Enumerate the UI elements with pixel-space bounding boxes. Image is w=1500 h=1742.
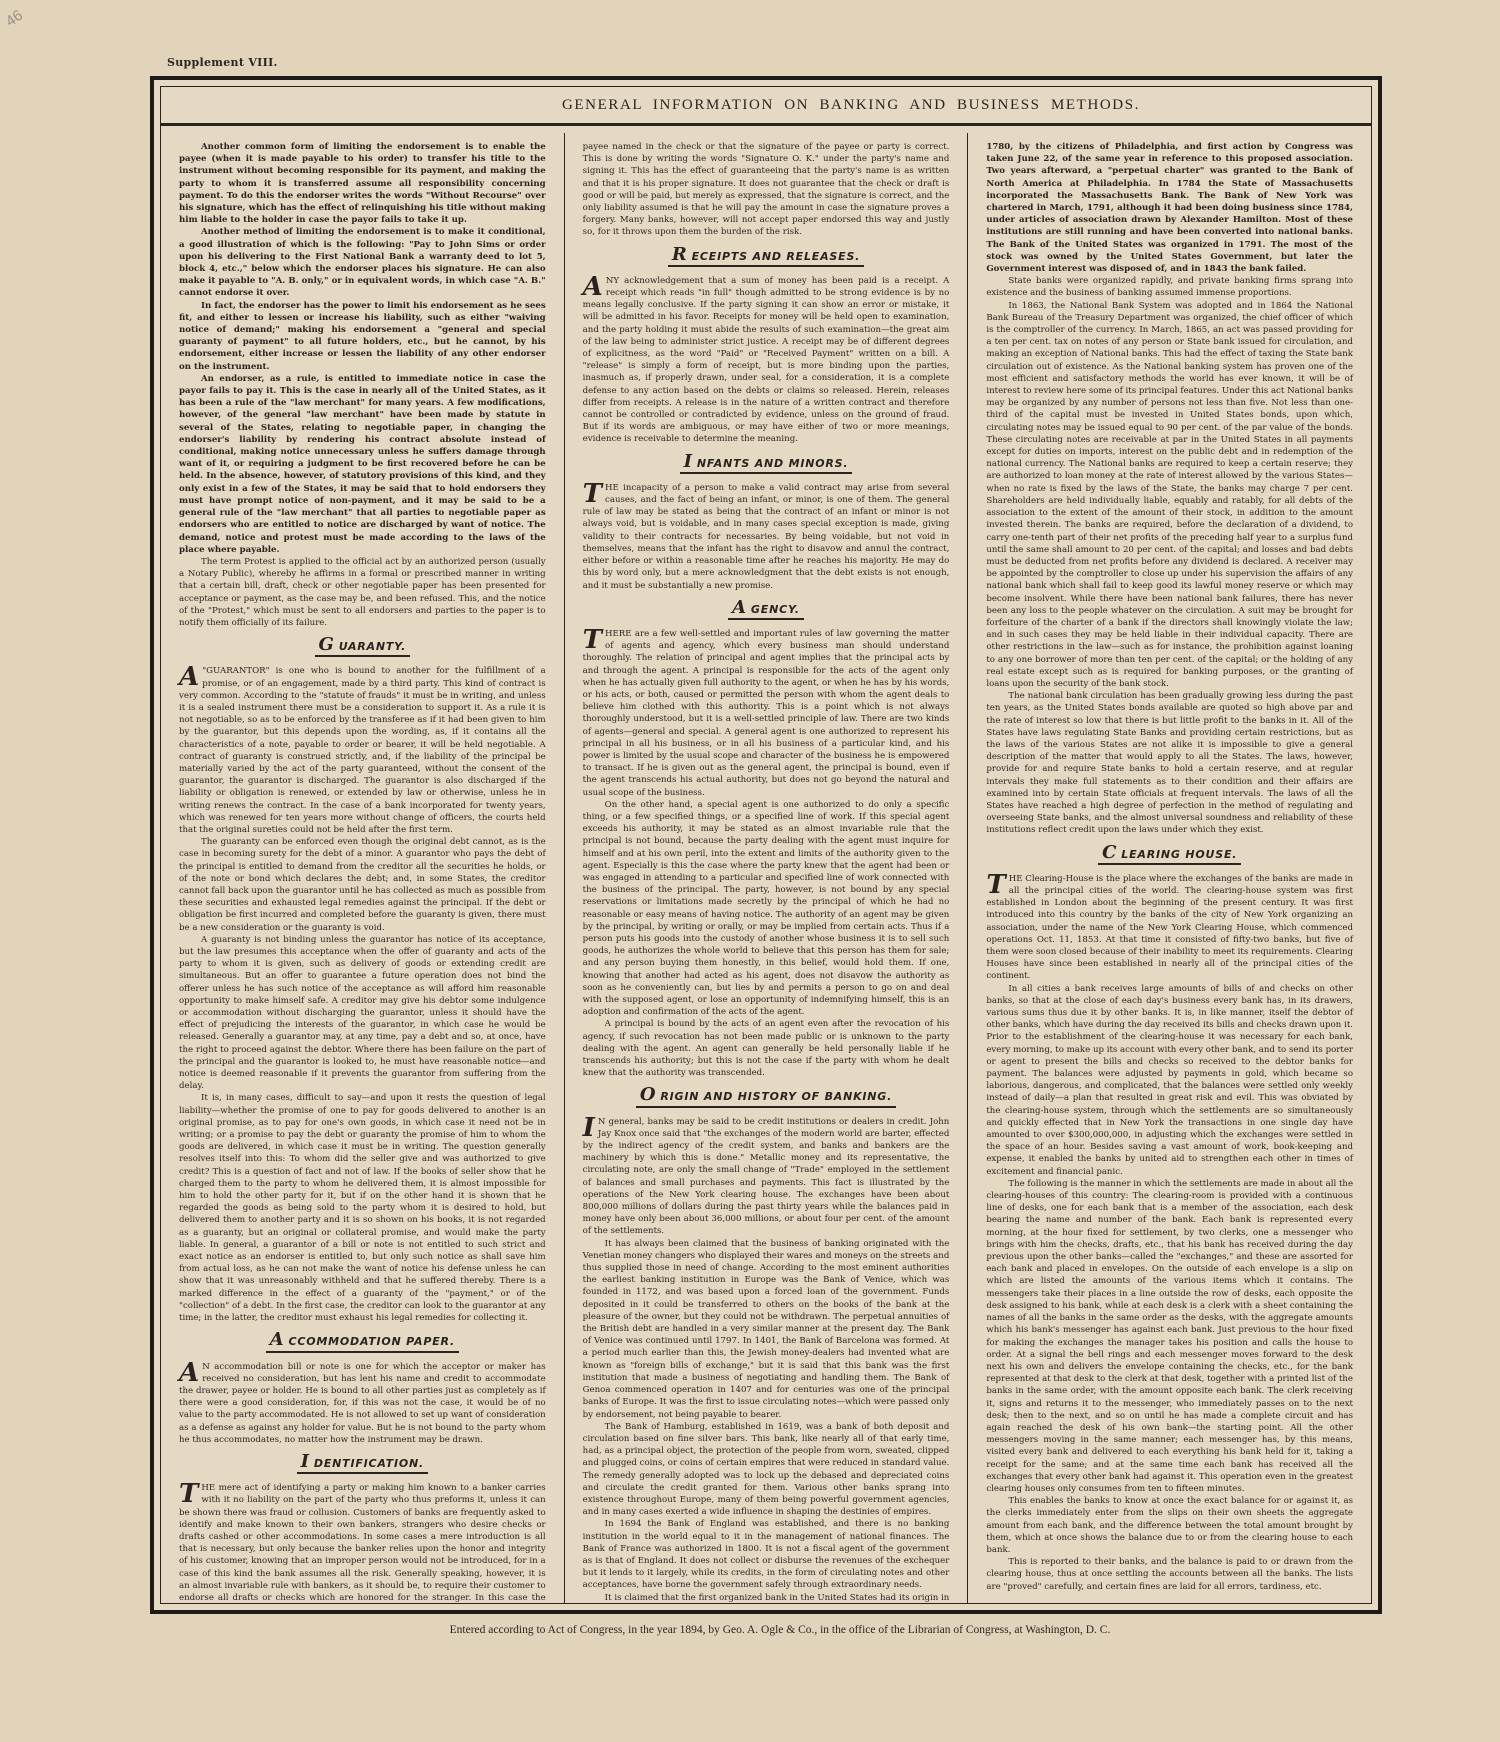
paragraph-text: A guaranty is not binding unless the gua… [179, 935, 546, 1091]
paragraph-text: 1780, by the citizens of Philadelphia, a… [986, 142, 1353, 274]
paragraph: This is reported to their banks, and the… [986, 1556, 1353, 1593]
page-title: GENERAL INFORMATION ON BANKING AND BUSIN… [562, 97, 1140, 114]
paragraph-text: This is reported to their banks, and the… [986, 1557, 1353, 1591]
paragraph-text: It has always been claimed that the busi… [583, 1239, 950, 1420]
paragraph-text: Another common form of limiting the endo… [179, 142, 546, 225]
paragraph: In 1694 the Bank of England was establis… [583, 1518, 950, 1591]
heading-rest: ECEIPTS AND RELEASES. [690, 251, 863, 264]
section-heading: ORIGIN AND HISTORY OF BANKING. [583, 1089, 950, 1107]
drop-cap: A [179, 666, 199, 688]
heading-initial: I [682, 456, 695, 469]
section-heading: INFANTS AND MINORS. [583, 456, 950, 474]
paragraph-text: It is, in many cases, difficult to say—a… [179, 1093, 546, 1323]
paragraph-text: The guaranty can be enforced even though… [179, 837, 546, 932]
heading-initial: R [670, 249, 690, 262]
drop-cap: T [583, 483, 602, 505]
section-heading-text: GUARANTY. [315, 639, 411, 657]
section-heading-text: INFANTS AND MINORS. [680, 456, 853, 474]
paragraph-text: N general, banks may be said to be credi… [583, 1117, 950, 1237]
heading-rest: RIGIN AND HISTORY OF BANKING. [658, 1091, 894, 1104]
drop-cap: I [583, 1117, 595, 1139]
paragraph-text: On the other hand, a special agent is on… [583, 800, 950, 1017]
inner-frame: GENERAL INFORMATION ON BANKING AND BUSIN… [160, 86, 1372, 1604]
paragraph-text: This enables the banks to know at once t… [986, 1496, 1353, 1555]
paragraph: The term Protest is applied to the offic… [179, 556, 546, 629]
title-divider [161, 125, 1371, 126]
section-heading: IDENTIFICATION. [179, 1456, 546, 1474]
heading-rest: UARANTY. [337, 641, 408, 654]
paragraph-text: The term Protest is applied to the offic… [179, 557, 546, 628]
heading-initial: A [730, 602, 749, 615]
heading-initial: G [317, 639, 337, 652]
paragraph: State banks were organized rapidly, and … [986, 275, 1353, 299]
paragraph-text: An endorser, as a rule, is entitled to i… [179, 374, 546, 555]
paragraph: It is claimed that the first organized b… [583, 1592, 950, 1603]
paragraph: In all cities a bank receives large amou… [986, 983, 1353, 1178]
title-bar: GENERAL INFORMATION ON BANKING AND BUSIN… [161, 87, 1371, 125]
paragraph: A principal is bound by the acts of an a… [583, 1018, 950, 1079]
paragraph-text: A principal is bound by the acts of an a… [583, 1019, 950, 1078]
paragraph-text: In fact, the endorser has the power to l… [179, 301, 546, 372]
paragraph-text: The following is the manner in which the… [986, 1179, 1353, 1494]
paragraph: A"GUARANTOR" is one who is bound to anot… [179, 665, 546, 836]
copyright-footer: Entered according to Act of Congress, in… [0, 1624, 1500, 1636]
section-heading-text: RECEIPTS AND RELEASES. [668, 249, 864, 267]
section-heading: RECEIPTS AND RELEASES. [583, 249, 950, 267]
heading-initial: A [268, 1334, 287, 1347]
heading-initial: I [299, 1456, 312, 1469]
paragraph-text: In all cities a bank receives large amou… [986, 984, 1353, 1177]
heading-rest: CCOMMODATION PAPER. [286, 1336, 457, 1349]
section-heading: GUARANTY. [179, 639, 546, 657]
drop-cap: T [179, 1483, 198, 1505]
columns: Another common form of limiting the endo… [161, 133, 1371, 1603]
paragraph: THE mere act of identifying a party or m… [179, 1482, 546, 1603]
heading-rest: DENTIFICATION. [312, 1458, 426, 1471]
heading-rest: LEARING HOUSE. [1119, 849, 1239, 862]
supplement-label: Supplement VIII. [167, 56, 278, 69]
paragraph: The national bank circulation has been g… [986, 690, 1353, 836]
paragraph-text: N accommodation bill or note is one for … [179, 1362, 546, 1445]
drop-cap: A [583, 276, 603, 298]
paragraph: The guaranty can be enforced even though… [179, 836, 546, 934]
section-heading-text: ORIGIN AND HISTORY OF BANKING. [636, 1089, 896, 1107]
paragraph: IN general, banks may be said to be cred… [583, 1116, 950, 1238]
section-heading-text: CLEARING HOUSE. [1098, 847, 1241, 865]
paragraph-text: Another method of limiting the endorseme… [179, 227, 546, 298]
paragraph-text: HE incapacity of a person to make a vali… [583, 483, 950, 591]
paragraph: A guaranty is not binding unless the gua… [179, 934, 546, 1093]
section-heading: AGENCY. [583, 602, 950, 620]
paragraph-text: The national bank circulation has been g… [986, 691, 1353, 835]
paragraph: THERE are a few well-settled and importa… [583, 628, 950, 799]
paragraph: 1780, by the citizens of Philadelphia, a… [986, 141, 1353, 275]
heading-initial: O [638, 1089, 658, 1102]
paragraph: Another method of limiting the endorseme… [179, 226, 546, 299]
paragraph: It is, in many cases, difficult to say—a… [179, 1092, 546, 1324]
paragraph-text: HE Clearing-House is the place where the… [986, 874, 1353, 982]
paragraph: It has always been claimed that the busi… [583, 1238, 950, 1421]
column-1: Another common form of limiting the endo… [161, 133, 564, 1603]
paragraph: The Bank of Hamburg, established in 1619… [583, 1421, 950, 1519]
heading-rest: GENCY. [749, 604, 802, 617]
heading-initial: C [1100, 847, 1119, 860]
section-heading-text: AGENCY. [728, 602, 804, 620]
drop-cap: T [986, 874, 1005, 896]
section-heading: CLEARING HOUSE. [986, 847, 1353, 865]
paragraph: An endorser, as a rule, is entitled to i… [179, 373, 546, 556]
section-heading: ACCOMMODATION PAPER. [179, 1334, 546, 1352]
paragraph: The following is the manner in which the… [986, 1178, 1353, 1495]
paragraph-text: NY acknowledgement that a sum of money h… [583, 276, 950, 445]
page-frame: GENERAL INFORMATION ON BANKING AND BUSIN… [150, 76, 1382, 1614]
paragraph-text: HERE are a few well-settled and importan… [583, 629, 950, 798]
paragraph-text: In 1694 the Bank of England was establis… [583, 1519, 950, 1590]
paragraph: In 1863, the National Bank System was ad… [986, 300, 1353, 691]
paragraph: In fact, the endorser has the power to l… [179, 300, 546, 373]
paragraph-text: "GUARANTOR" is one who is bound to anoth… [179, 666, 546, 835]
paragraph: This enables the banks to know at once t… [986, 1495, 1353, 1556]
paragraph: THE incapacity of a person to make a val… [583, 482, 950, 592]
drop-cap: T [583, 629, 602, 651]
paragraph: payee named in the check or that the sig… [583, 141, 950, 239]
column-2: payee named in the check or that the sig… [564, 133, 968, 1603]
heading-rest: NFANTS AND MINORS. [695, 458, 851, 471]
paragraph: ANY acknowledgement that a sum of money … [583, 275, 950, 446]
paragraph: On the other hand, a special agent is on… [583, 799, 950, 1019]
column-3: 1780, by the citizens of Philadelphia, a… [967, 133, 1371, 1603]
drop-cap: A [179, 1362, 199, 1384]
paragraph-text: State banks were organized rapidly, and … [986, 276, 1353, 298]
paragraph: Another common form of limiting the endo… [179, 141, 546, 226]
paragraph-text: HE mere act of identifying a party or ma… [179, 1483, 546, 1603]
margin-pencil-note: 46 [3, 7, 26, 30]
section-heading-text: ACCOMMODATION PAPER. [266, 1334, 459, 1352]
section-heading-text: IDENTIFICATION. [297, 1456, 428, 1474]
paragraph: THE Clearing-House is the place where th… [986, 873, 1353, 983]
paragraph-text: In 1863, the National Bank System was ad… [986, 301, 1353, 689]
paragraph: AN accommodation bill or note is one for… [179, 1361, 546, 1446]
paragraph-text: payee named in the check or that the sig… [583, 142, 950, 237]
paragraph-text: It is claimed that the first organized b… [583, 1593, 950, 1603]
paragraph-text: The Bank of Hamburg, established in 1619… [583, 1422, 950, 1517]
